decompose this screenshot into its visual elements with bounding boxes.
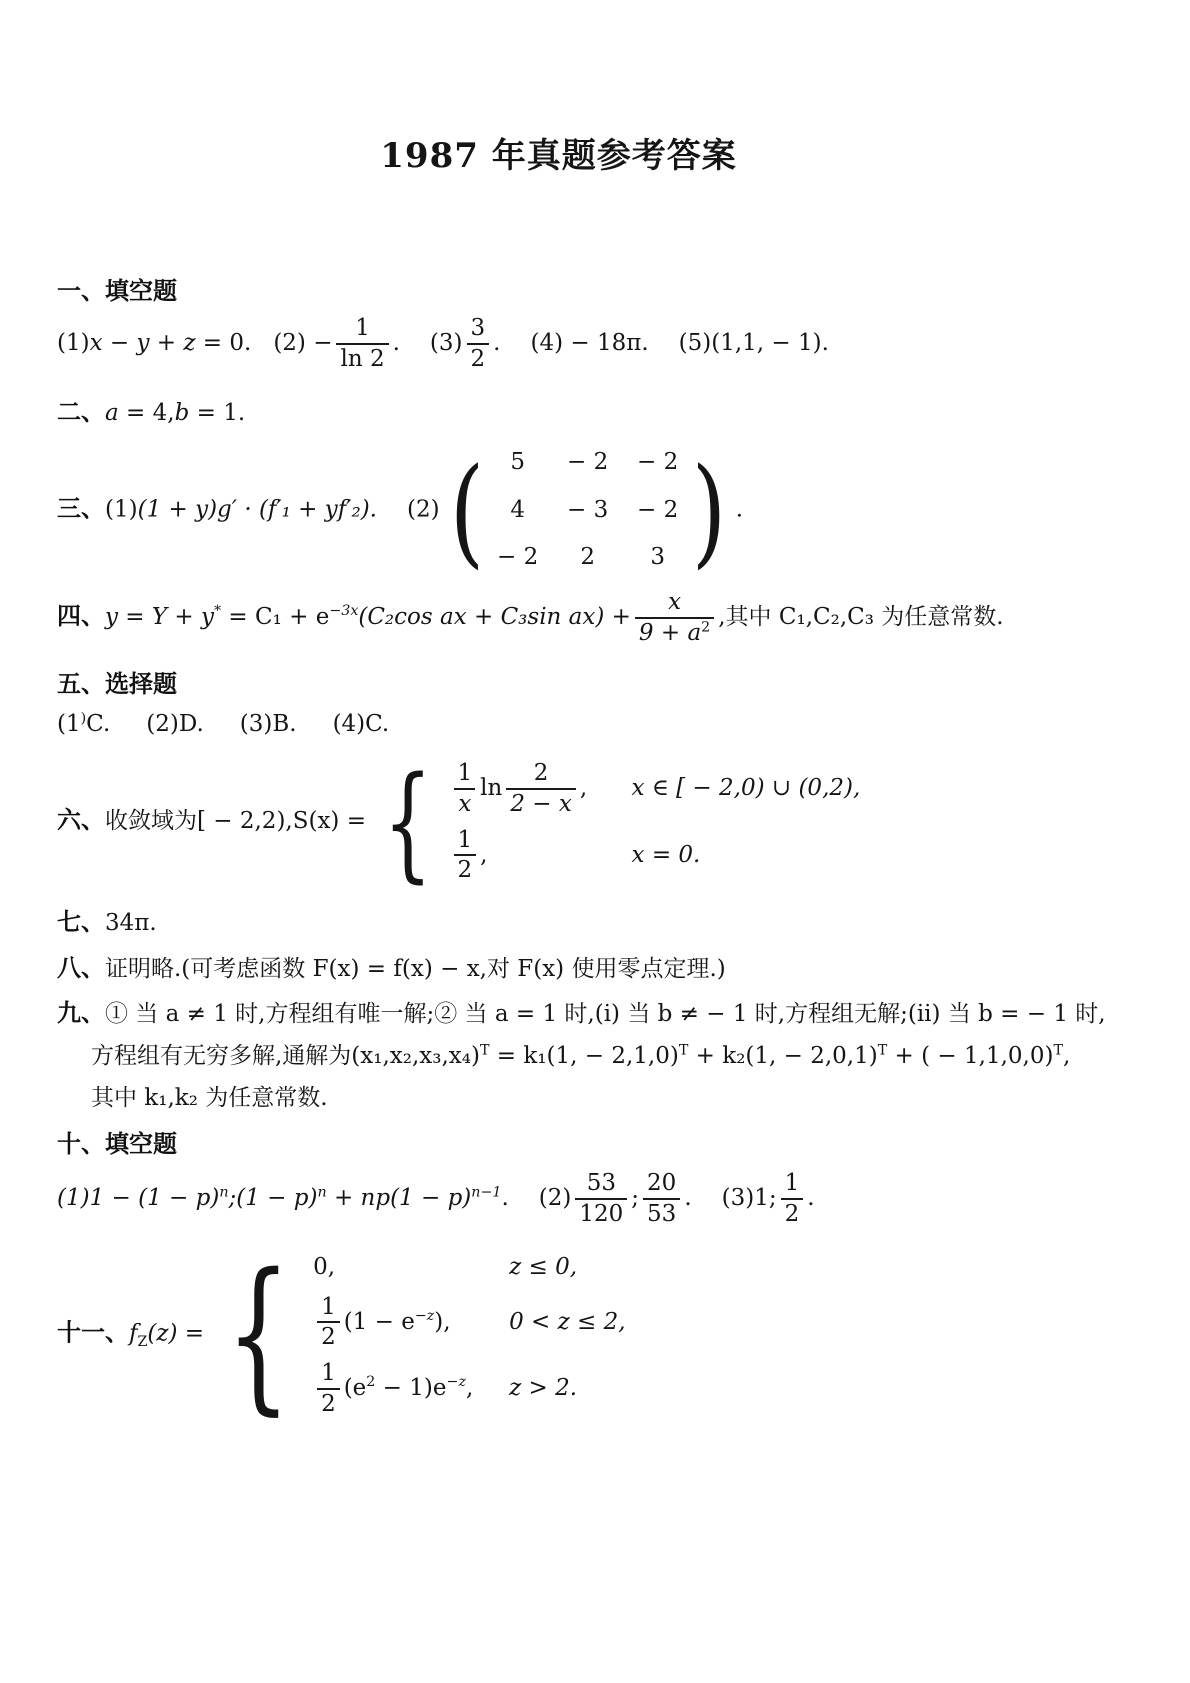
fraction-denominator: 2 (454, 854, 477, 885)
transpose-superscript: T (1053, 1042, 1063, 1058)
exponent-n: n (219, 1185, 228, 1201)
section-7: 七、34π. (57, 904, 1150, 942)
section-2-label: 二、 (57, 398, 105, 426)
answer-1-2: (2) −1ln 2. (273, 330, 400, 356)
fraction-numerator: 2 (530, 759, 553, 788)
piecewise-row: 12,x = 0. (450, 826, 861, 886)
fraction: 1x (454, 759, 477, 819)
case-analysis: ① 当 a ≠ 1 时,方程组有唯一解;② 当 a = 1 时,(i) 当 b … (105, 1001, 1106, 1027)
answer-10-1-part: + np(1 − p) (327, 1185, 472, 1211)
answer-10-1-part: (1)1 − (1 − p) (57, 1185, 219, 1211)
piecewise-expression: 12, (450, 826, 632, 886)
fraction: 22 − x (506, 759, 576, 819)
exponent: −3x (329, 603, 358, 619)
fraction-numerator: 1 (317, 1293, 340, 1322)
denominator-exponent: 2 (701, 619, 710, 635)
matrix-cell: 3 (650, 540, 665, 576)
answer-1-2-label: (2) − (273, 330, 332, 356)
matrix-left-paren: ( (449, 452, 484, 570)
answer-1-5: (5)(1,1, − 1). (679, 330, 829, 356)
general-solution-part: + k₂(1, − 2,0,1) (688, 1043, 877, 1069)
section-10-heading: 十、填空题 (57, 1124, 1150, 1159)
piecewise-rows: 0,z ≤ 0,12(1 − e−z),0 < z ≤ 2,12(e2 − 1)… (313, 1243, 625, 1426)
fraction-numerator: 1 (454, 826, 477, 855)
semicolon: ; (631, 1185, 639, 1211)
answer-5-3: (3)B. (240, 711, 297, 737)
section-5-heading: 五、选择题 (57, 664, 1150, 699)
comma: , (480, 841, 487, 867)
spacer (649, 349, 679, 350)
answer-1-1-label: (1) (57, 330, 90, 356)
density-function-args: (z) = (147, 1320, 204, 1346)
comma: , (1063, 1043, 1070, 1069)
spacer (204, 730, 240, 731)
answer-1-2-period: . (393, 330, 400, 356)
answer-10-2: (2)53120;2053. (539, 1185, 692, 1211)
section-1-answers: (1)x − y + z = 0.(2) −1ln 2.(3)32.(4) − … (57, 314, 1150, 374)
exponent-n: n (317, 1185, 326, 1201)
piecewise-expression: 0, (313, 1250, 509, 1286)
answer-3-1-expression: (1 + y)g′ · (f′₁ + yf′₂). (138, 497, 377, 523)
spacer (500, 349, 530, 350)
matrix: (5− 2− 24− 3− 2− 223) (444, 445, 732, 576)
matrix-cell: − 2 (637, 493, 678, 529)
matrix-right-paren: ) (691, 452, 726, 570)
piecewise-rows: 1xln22 − x,x ∈ [ − 2,0) ∪ (0,2),12,x = 0… (450, 752, 861, 892)
section-9-label: 九、 (57, 999, 105, 1027)
answer-1-3: (3)32. (430, 330, 501, 356)
answer-1-1-expression: x − y + z (90, 330, 196, 356)
answer-3-2-label: (2) (407, 497, 440, 523)
fraction-numerator: 1 (351, 314, 374, 343)
answer-3-2-period: . (736, 497, 743, 523)
ln-operator: ln (480, 775, 502, 801)
fraction: 12 (317, 1293, 340, 1353)
expression-part: (e (344, 1375, 367, 1401)
general-solution-part: = k₁(1, − 2,1,0) (489, 1043, 678, 1069)
general-solution-part: 方程组有无穷多解,通解为(x₁,x₂,x₃,x₄) (91, 1043, 480, 1069)
denominator-base: 9 + a (639, 620, 701, 646)
piecewise-expression: 12(e2 − 1)e−z, (313, 1359, 509, 1419)
answer-1-3-label: (3) (430, 330, 463, 356)
section-6: 六、收敛域为[ − 2,2),S(x) ={1xln22 − x,x ∈ [ −… (57, 752, 1150, 892)
fraction-denominator: 2 (467, 343, 490, 374)
comma: , (580, 775, 587, 801)
fraction-denominator: 53 (643, 1198, 680, 1229)
section-3-label: 三、 (57, 495, 105, 523)
matrix-grid: 5− 2− 24− 3− 2− 223 (490, 445, 686, 576)
transpose-superscript: T (679, 1042, 689, 1058)
piecewise-row: 12(1 − e−z),0 < z ≤ 2, (313, 1293, 625, 1353)
general-solution-part: + ( − 1,1,0,0) (887, 1043, 1053, 1069)
fraction: 32 (467, 314, 490, 374)
section-3: 三、(1)(1 + y)g′ · (f′₁ + yf′₂).(2)(5− 2− … (57, 445, 1150, 576)
spacer (251, 349, 273, 350)
piecewise-row: 1xln22 − x,x ∈ [ − 2,0) ∪ (0,2), (450, 759, 861, 819)
answer-5-1: (1)C. (57, 711, 110, 737)
section-6-label: 六、 (57, 806, 105, 834)
fraction-denominator: ln 2 (336, 343, 388, 374)
density-function-f: f (129, 1320, 138, 1346)
matrix-cell: − 3 (567, 493, 608, 529)
answer-1-1-value: = 0. (195, 330, 251, 356)
fraction: 12 (454, 826, 477, 886)
piecewise-brace: { (226, 1252, 291, 1417)
answer-1-1: (1)x − y + z = 0. (57, 330, 251, 356)
fraction: 2053 (643, 1169, 680, 1229)
answer-10-1: (1)1 − (1 − p)n;(1 − p)n + np(1 − p)n−1. (57, 1185, 509, 1211)
answer-1-4: (4) − 18π. (530, 330, 648, 356)
section-11-label: 十一、 (57, 1318, 129, 1346)
exponent-2: 2 (366, 1374, 375, 1390)
spacer (400, 349, 430, 350)
exponent-neg-z: −z (447, 1374, 466, 1390)
fraction-denominator: 2 − x (506, 788, 576, 819)
section-8-label: 八、 (57, 954, 105, 982)
piecewise-brace: { (383, 760, 432, 885)
general-solution-mid: = C₁ + e (221, 604, 329, 630)
fraction-denominator: 2 (317, 1321, 340, 1352)
matrix-cell: 5 (510, 445, 525, 481)
section-10-answers: (1)1 − (1 − p)n;(1 − p)n + np(1 − p)n−1.… (57, 1169, 1150, 1229)
convergence-domain: 收敛域为[ − 2,2),S(x) = (105, 808, 366, 834)
fraction-numerator: 1 (317, 1359, 340, 1388)
fraction: 12 (781, 1169, 804, 1229)
spacer (110, 730, 146, 731)
fraction: 12 (317, 1359, 340, 1419)
fraction-numerator: 1 (781, 1169, 804, 1198)
answer-5-1-label: (1 (57, 711, 81, 737)
piecewise-condition: x ∈ [ − 2,0) ∪ (0,2), (632, 775, 861, 801)
answer-10-3: (3)1;12. (722, 1185, 815, 1211)
exponent-neg-z: −z (415, 1308, 434, 1324)
fraction-numerator: 3 (467, 314, 490, 343)
section-9-line-1: 九、① 当 a ≠ 1 时,方程组有唯一解;② 当 a = 1 时,(i) 当 … (57, 995, 1150, 1033)
piecewise-expression: 12(1 − e−z), (313, 1293, 509, 1353)
subscript-Z: Z (138, 1334, 148, 1350)
page-title: 1987 年真题参考答案 (57, 128, 1150, 177)
constants-note: 其中 k₁,k₂ 为任意常数. (91, 1085, 328, 1111)
fraction-numerator: x (664, 588, 685, 617)
matrix-cell: − 2 (497, 540, 538, 576)
piecewise-row: 12(e2 − 1)e−z,z > 2. (313, 1359, 625, 1419)
matrix-cell: − 2 (567, 445, 608, 481)
spacer (509, 1204, 539, 1205)
answer-1-3-period: . (493, 330, 500, 356)
fraction-denominator: 120 (575, 1198, 627, 1229)
section-4-label: 四、 (57, 602, 105, 630)
fraction-denominator: x (454, 788, 475, 819)
answer-3-1-label: (1) (105, 497, 138, 523)
piecewise-condition: x = 0. (632, 841, 701, 867)
answer-10-1-part: ;(1 − p) (229, 1185, 318, 1211)
period: . (501, 1185, 508, 1211)
section-2: 二、a = 4,b = 1. (57, 394, 1150, 432)
expression-part: − 1)e (375, 1375, 446, 1401)
fraction: x9 + a2 (635, 588, 714, 648)
page: 1987 年真题参考答案 一、填空题 (1)x − y + z = 0.(2) … (0, 0, 1190, 1683)
piecewise-condition: z > 2. (509, 1375, 577, 1401)
expression-part: (1 − e (344, 1308, 415, 1334)
value-a: = 4, (119, 400, 175, 426)
period: . (807, 1185, 814, 1211)
proof-note: 证明略.(可考虑函数 F(x) = f(x) − x,对 F(x) 使用零点定理… (105, 956, 726, 982)
piecewise-expression: 1xln22 − x, (450, 759, 632, 819)
section-7-label: 七、 (57, 908, 105, 936)
fraction-denominator: 9 + a2 (635, 617, 714, 648)
general-solution-lhs: y = Y + y (105, 604, 214, 630)
variable-b: b (175, 400, 190, 426)
fraction-numerator: 20 (643, 1169, 680, 1198)
section-11: 十一、fZ(z) ={0,z ≤ 0,12(1 − e−z),0 < z ≤ 2… (57, 1243, 1150, 1426)
section-4: 四、y = Y + y* = C₁ + e−3x(C₂cos ax + C₃si… (57, 588, 1150, 648)
period: . (684, 1185, 691, 1211)
fraction-numerator: 1 (454, 759, 477, 788)
fraction-numerator: 53 (583, 1169, 620, 1198)
section-9-line-3: 其中 k₁,k₂ 为任意常数. (91, 1081, 1150, 1117)
fraction-denominator: 2 (317, 1388, 340, 1419)
fraction: 1ln 2 (336, 314, 388, 374)
content: 1987 年真题参考答案 一、填空题 (1)x − y + z = 0.(2) … (57, 128, 1150, 1426)
general-solution-trig: (C₂cos ax + C₃sin ax) + (358, 604, 631, 630)
section-5-answers: (1)C.(2)D.(3)B.(4)C. (57, 707, 1150, 743)
transpose-superscript: T (878, 1042, 888, 1058)
answer-7-value: 34π. (105, 910, 157, 936)
fraction: 53120 (575, 1169, 627, 1229)
answer-5-1-choice: C. (86, 711, 110, 737)
matrix-cell: 2 (580, 540, 595, 576)
spacer (692, 1204, 722, 1205)
value-b: = 1. (189, 400, 245, 426)
exponent-n-minus-1: n−1 (471, 1185, 501, 1201)
fraction-denominator: 2 (781, 1198, 804, 1229)
constants-note: ,其中 C₁,C₂,C₃ 为任意常数. (718, 604, 1003, 630)
expression-part: ), (434, 1308, 450, 1334)
piecewise-condition: z ≤ 0, (509, 1254, 577, 1280)
piecewise-condition: 0 < z ≤ 2, (509, 1308, 625, 1334)
matrix-cell: 4 (510, 493, 525, 529)
section-8: 八、证明略.(可考虑函数 F(x) = f(x) − x,对 F(x) 使用零点… (57, 950, 1150, 988)
section-9-line-2: 方程组有无穷多解,通解为(x₁,x₂,x₃,x₄)T = k₁(1, − 2,1… (91, 1039, 1150, 1075)
spacer (297, 730, 333, 731)
piecewise-row: 0,z ≤ 0, (313, 1250, 625, 1286)
section-1-heading: 一、填空题 (57, 271, 1150, 306)
answer-10-2-label: (2) (539, 1185, 572, 1211)
comma: , (466, 1375, 473, 1401)
matrix-cell: − 2 (637, 445, 678, 481)
answer-10-3-label: (3)1; (722, 1185, 777, 1211)
variable-a: a (105, 400, 119, 426)
spacer (377, 516, 407, 517)
answer-5-4: (4)C. (333, 711, 390, 737)
answer-5-2: (2)D. (146, 711, 204, 737)
